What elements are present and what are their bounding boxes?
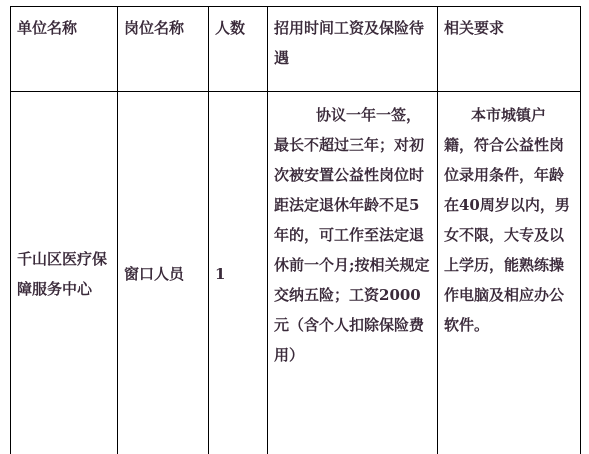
table-row: 千山区医疗保障服务中心 窗口人员 1 协议一年一签，最长不超过三年；对初次被安置… bbox=[11, 92, 581, 454]
cell-terms: 协议一年一签，最长不超过三年；对初次被安置公益性岗位时距法定退休年龄不足5年的，… bbox=[268, 92, 438, 454]
cell-position: 窗口人员 bbox=[118, 92, 209, 454]
header-terms: 招用时间工资及保险待遇 bbox=[268, 7, 438, 92]
header-row: 单位名称 岗位名称 人数 招用时间工资及保险待遇 相关要求 bbox=[11, 7, 581, 92]
cell-unit: 千山区医疗保障服务中心 bbox=[11, 92, 118, 454]
cell-count: 1 bbox=[209, 92, 268, 454]
header-unit-name: 单位名称 bbox=[11, 7, 118, 92]
header-requirements: 相关要求 bbox=[438, 7, 581, 92]
header-count: 人数 bbox=[209, 7, 268, 92]
cell-requirements: 本市城镇户籍，符合公益性岗位录用条件，年龄在40周岁以内，男女不限，大专及以上学… bbox=[438, 92, 581, 454]
header-position-name: 岗位名称 bbox=[118, 7, 209, 92]
job-table: 单位名称 岗位名称 人数 招用时间工资及保险待遇 相关要求 千山区医疗保障服务中… bbox=[10, 6, 581, 454]
